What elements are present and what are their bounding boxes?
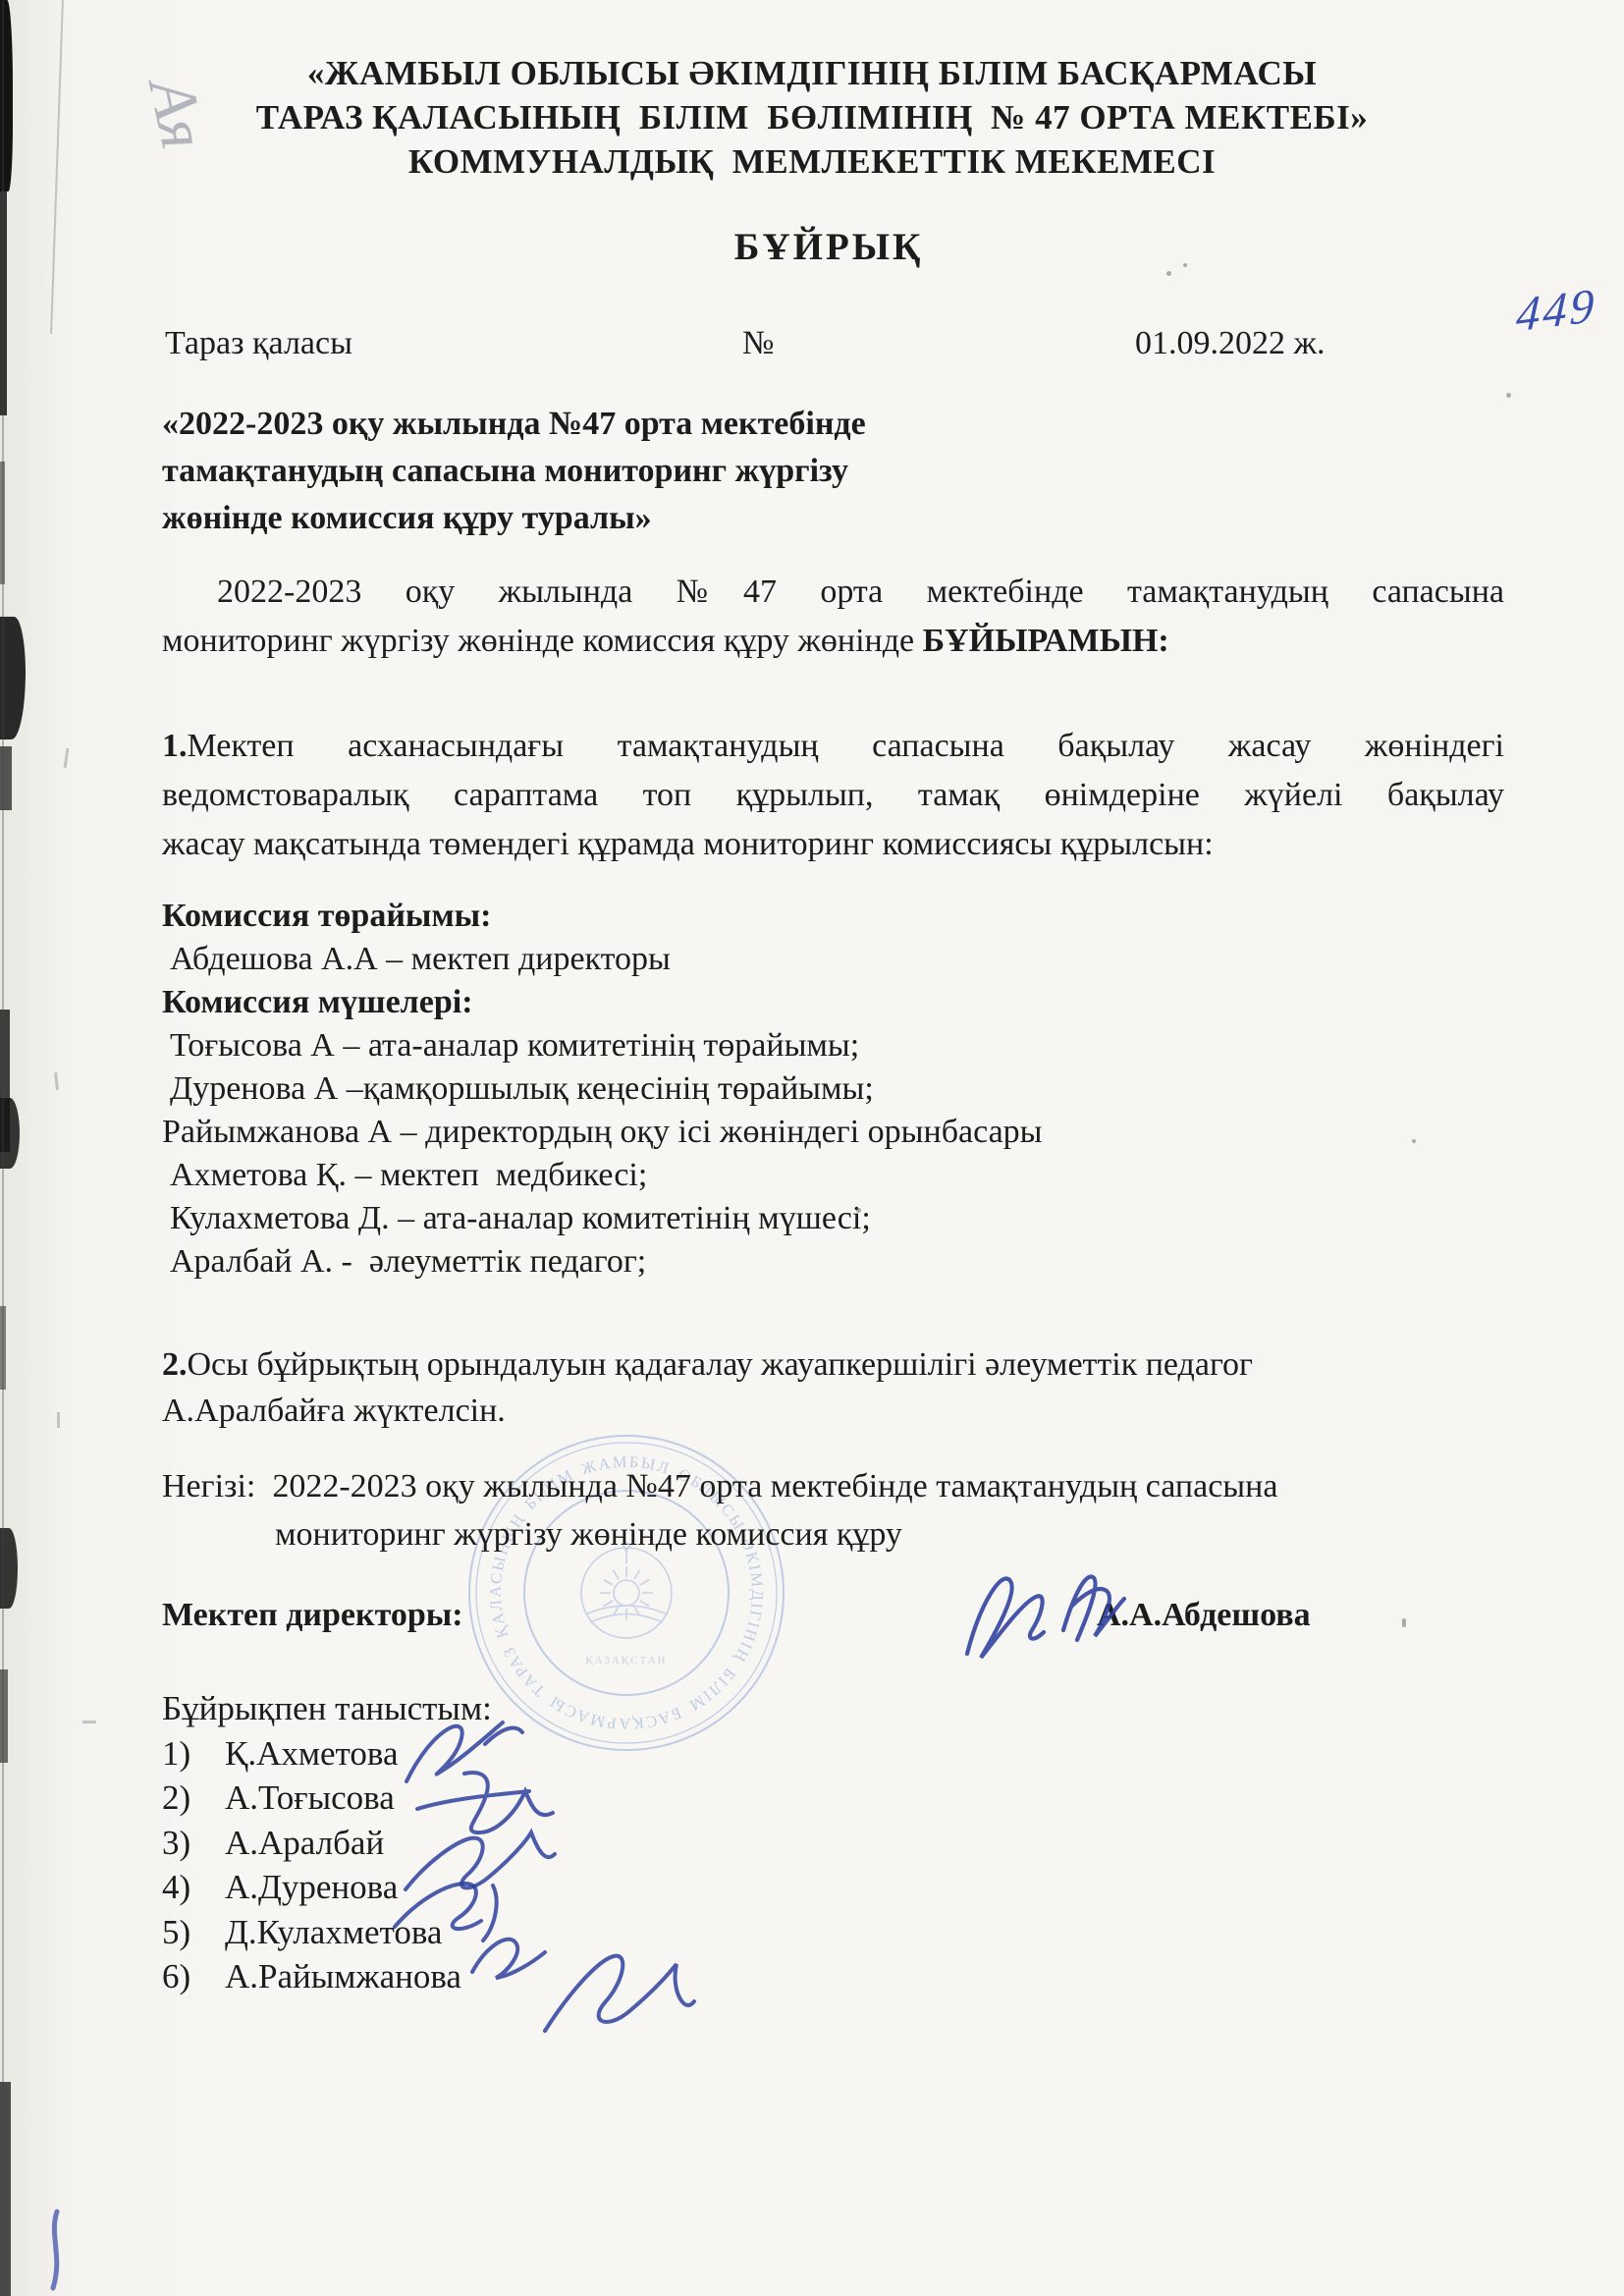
ack-item-name: А.Аралбай <box>225 1821 384 1866</box>
subject-line-2: тамақтанудың сапасына мониторинг жүргізу <box>162 448 1144 495</box>
preamble: 2022-2023 оқу жылында №47 орта мектебінд… <box>162 568 1504 666</box>
clause-1-line-2: ведомстоваралық сараптама топ құрылып, т… <box>162 771 1504 820</box>
ack-item-number: 1) <box>162 1731 225 1777</box>
ack-item-number: 2) <box>162 1776 225 1821</box>
ack-item-number: 4) <box>162 1865 225 1910</box>
ack-signature-6-ink <box>535 1937 722 2062</box>
ack-item-number: 3) <box>162 1821 225 1866</box>
commission-member: Аралбай А. - әлеуметтік педагог; <box>162 1240 1504 1284</box>
clause-2: 2.Осы бұйрықтың орындалуын қадағалау жау… <box>162 1341 1504 1434</box>
preamble-line-2-text: мониторинг жүргізу жөнінде комиссия құру… <box>162 623 923 659</box>
preamble-line-2: мониторинг жүргізу жөнінде комиссия құру… <box>162 617 1504 666</box>
paper-speck <box>1402 1618 1406 1627</box>
decree-word: БҰЙЫРАМЫН: <box>923 623 1169 659</box>
ack-item-number: 6) <box>162 1954 225 1999</box>
scan-artifact <box>2 0 4 2296</box>
basis-line-2: мониторинг жүргізу жөнінде комиссия құру <box>162 1510 1504 1558</box>
meta-row: Тараз қаласы № 449 01.09.2022 ж. <box>0 322 1624 367</box>
margin-tick <box>82 1721 96 1723</box>
org-header: «ЖАМБЫЛ ОБЛЫСЫ ӘКІМДІГІНІҢ БІЛІМ БАСҚАРМ… <box>108 51 1516 184</box>
clause-2-number: 2. <box>162 1346 188 1383</box>
paper-speck <box>1166 271 1171 276</box>
scanned-order-page: Ая «ЖАМБЫЛ ОБЛЫСЫ ӘКІМДІГІНІҢ БІЛІМ БАСҚ… <box>0 0 1624 2296</box>
order-number-handwritten: 449 <box>1515 284 1597 338</box>
paper-speck <box>856 1208 861 1213</box>
commission-list: Комиссия төрайымы: Абдешова А.А – мектеп… <box>162 895 1504 1284</box>
ack-item-name: А.Тоғысова <box>225 1776 395 1821</box>
stamp-center-text: ҚАЗАҚСТАН <box>585 1655 667 1667</box>
ack-item: 2)А.Тоғысова <box>162 1776 1046 1821</box>
preamble-line-1: 2022-2023 оқу жылында №47 орта мектебінд… <box>162 568 1504 617</box>
paper-fold-line <box>50 0 64 334</box>
margin-tick <box>54 1072 59 1090</box>
paper-speck <box>1412 1139 1416 1143</box>
paper-speck <box>1506 393 1511 398</box>
commission-member: Кулахметова Д. – ата-аналар комитетінің … <box>162 1197 1504 1240</box>
clause-1-line-1: 1.Мектеп асханасындағы тамақтанудың сапа… <box>162 722 1504 771</box>
ack-item-name: А.Дуренова <box>225 1865 398 1910</box>
clause-2-line-1: 2.Осы бұйрықтың орындалуын қадағалау жау… <box>162 1341 1504 1388</box>
org-line-3: КОММУНАЛДЫҚ МЕМЛЕКЕТТІК МЕКЕМЕСІ <box>108 139 1516 184</box>
commission-members-heading: Комиссия мүшелері: <box>162 981 1504 1024</box>
margin-tick <box>64 748 70 768</box>
director-signature-row: Мектеп директоры: А.А.Абдешова <box>0 1593 1624 1640</box>
org-line-1: «ЖАМБЫЛ ОБЛЫСЫ ӘКІМДІГІНІҢ БІЛІМ БАСҚАРМ… <box>108 51 1516 95</box>
clause-2-line-1-text: Осы бұйрықтың орындалуын қадағалау жауап… <box>188 1346 1254 1383</box>
margin-tick <box>57 1412 60 1428</box>
clause-1-line-1-text: Мектеп асханасындағы тамақтанудың сапасы… <box>188 728 1505 764</box>
clause-1-number: 1. <box>162 728 188 764</box>
commission-member: Ахметова Қ. – мектеп медбикесі; <box>162 1154 1504 1197</box>
commission-member: Дуренова А –қамқоршылық кеңесінің төрайы… <box>162 1067 1504 1111</box>
basis-line-1: Негізі: 2022-2023 оқу жылында №47 орта м… <box>162 1462 1504 1510</box>
director-signature-ink <box>938 1544 1149 1686</box>
subject-line-3: жөнінде комиссия құру туралы» <box>162 495 1144 542</box>
document-title: БҰЙРЫҚ <box>0 227 1624 268</box>
ack-heading: Бұйрықпен таныстым: <box>162 1686 1046 1731</box>
order-number-sign: № 449 <box>742 322 774 365</box>
subject-block: «2022-2023 оқу жылында №47 орта мектебін… <box>162 401 1144 542</box>
ack-item-number: 5) <box>162 1910 225 1955</box>
commission-chair-heading: Комиссия төрайымы: <box>162 895 1504 938</box>
ack-item: 3)А.Аралбай <box>162 1821 1046 1866</box>
ack-item: 1)Қ.Ахметова <box>162 1731 1046 1777</box>
commission-member: Тоғысова А – ата-аналар комитетінің төра… <box>162 1024 1504 1067</box>
bottom-left-pen-mark <box>45 2208 77 2294</box>
org-line-2: ТАРАЗ ҚАЛАСЫНЫҢ БІЛІМ БӨЛІМІНІҢ № 47 ОРТ… <box>108 95 1516 139</box>
paper-speck <box>1183 263 1187 267</box>
director-label: Мектеп директоры: <box>162 1593 463 1638</box>
clause-1: 1.Мектеп асханасындағы тамақтанудың сапа… <box>162 722 1504 869</box>
clause-2-line-2: А.Аралбайға жүктелсін. <box>162 1388 1504 1434</box>
subject-line-1: «2022-2023 оқу жылында №47 орта мектебін… <box>162 401 1144 448</box>
ack-item: 4)А.Дуренова <box>162 1865 1046 1910</box>
commission-chair-entry: Абдешова А.А – мектеп директоры <box>162 938 1504 981</box>
clause-1-line-3: жасау мақсатында төмендегі құрамда монит… <box>162 820 1504 869</box>
commission-member: Райымжанова А – директордың оқу ісі жөні… <box>162 1111 1504 1154</box>
city-label: Тараз қаласы <box>165 322 352 365</box>
order-date: 01.09.2022 ж. <box>1135 322 1326 365</box>
ack-item-name: Қ.Ахметова <box>225 1731 399 1777</box>
basis-block: Негізі: 2022-2023 оқу жылында №47 орта м… <box>162 1462 1504 1558</box>
number-sign-glyph: № <box>742 325 774 361</box>
